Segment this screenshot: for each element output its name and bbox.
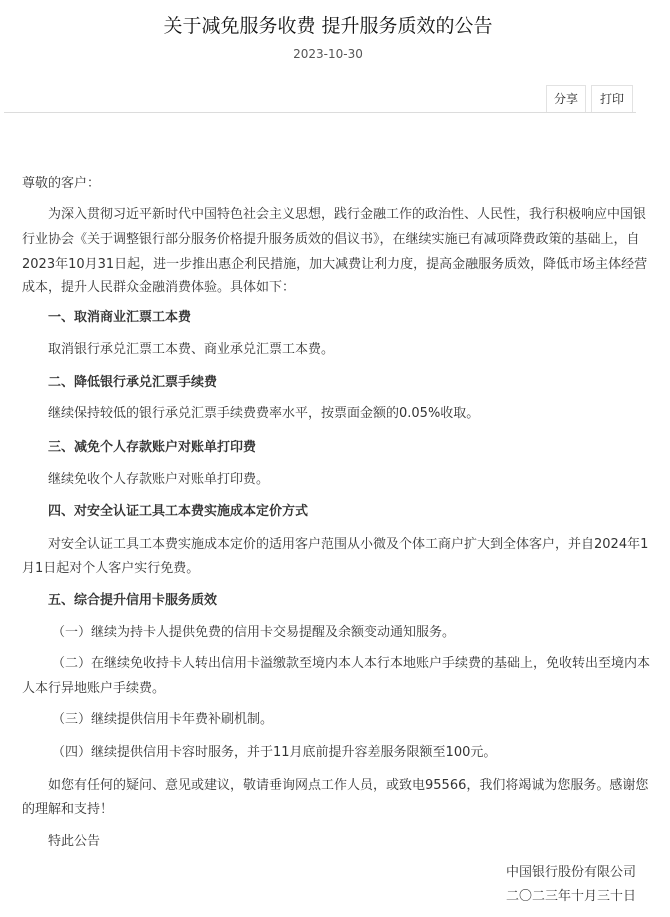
signature-company: 中国银行股份有限公司 [506, 864, 636, 882]
section-body-4: 对安全认证工具工本费实施成本定价的适用客户范围从小微及个体工商户扩大到全体客户，… [48, 536, 648, 554]
section-heading-3: 三、减免个人存款账户对账单打印费 [48, 439, 256, 457]
section-item: （二）在继续免收持卡人转出信用卡溢缴款至境内本人本行本地账户手续费的基础上，免收… [52, 655, 650, 673]
intro-line: 成本，提升人民群众金融消费体验。具体如下： [22, 279, 295, 297]
publish-date: 2023-10-30 [0, 46, 656, 62]
section-item: 人本行异地账户手续费。 [22, 680, 165, 698]
section-heading-1: 一、取消商业汇票工本费 [48, 309, 191, 327]
print-button[interactable]: 打印 [591, 85, 633, 112]
intro-line: 为深入贯彻习近平新时代中国特色社会主义思想，践行金融工作的政治性、人民性，我行积… [48, 206, 646, 224]
section-heading-2: 二、降低银行承兑汇票手续费 [48, 374, 217, 392]
section-body-4: 月1日起对个人客户实行免费。 [22, 560, 199, 578]
section-body-2: 继续保持较低的银行承兑汇票手续费费率水平，按票面金额的0.05%收取。 [48, 405, 479, 423]
section-body-3: 继续免收个人存款账户对账单打印费。 [48, 471, 269, 489]
section-body-1: 取消银行承兑汇票工本费、商业承兑汇票工本费。 [48, 341, 334, 359]
intro-line: 行业协会《关于调整银行部分服务价格提升服务质效的倡议书》，在继续实施已有减项降费… [22, 231, 640, 249]
signature-date: 二〇二三年十月三十日 [506, 888, 636, 906]
notice-text: 特此公告 [48, 833, 100, 851]
greeting: 尊敬的客户： [22, 175, 100, 193]
section-heading-4: 四、对安全认证工具工本费实施成本定价方式 [48, 503, 308, 521]
page-title: 关于减免服务收费 提升服务质效的公告 [0, 12, 656, 40]
closing-line: 的理解和支持！ [22, 801, 113, 819]
section-item: （三）继续提供信用卡年费补刷机制。 [52, 711, 273, 729]
closing-line: 如您有任何的疑问、意见或建议，敬请垂询网点工作人员，或致电95566，我们将竭诚… [48, 777, 648, 795]
section-heading-5: 五、综合提升信用卡服务质效 [48, 592, 217, 610]
section-item: （一）继续为持卡人提供免费的信用卡交易提醒及余额变动通知服务。 [52, 624, 455, 642]
toolbar-divider [4, 112, 636, 113]
share-button[interactable]: 分享 [546, 85, 586, 112]
section-item: （四）继续提供信用卡容时服务，并于11月底前提升容差服务限额至100元。 [52, 744, 496, 762]
intro-line: 2023年10月31日起，进一步推出惠企利民措施，加大减费让利力度，提高金融服务… [22, 256, 647, 274]
